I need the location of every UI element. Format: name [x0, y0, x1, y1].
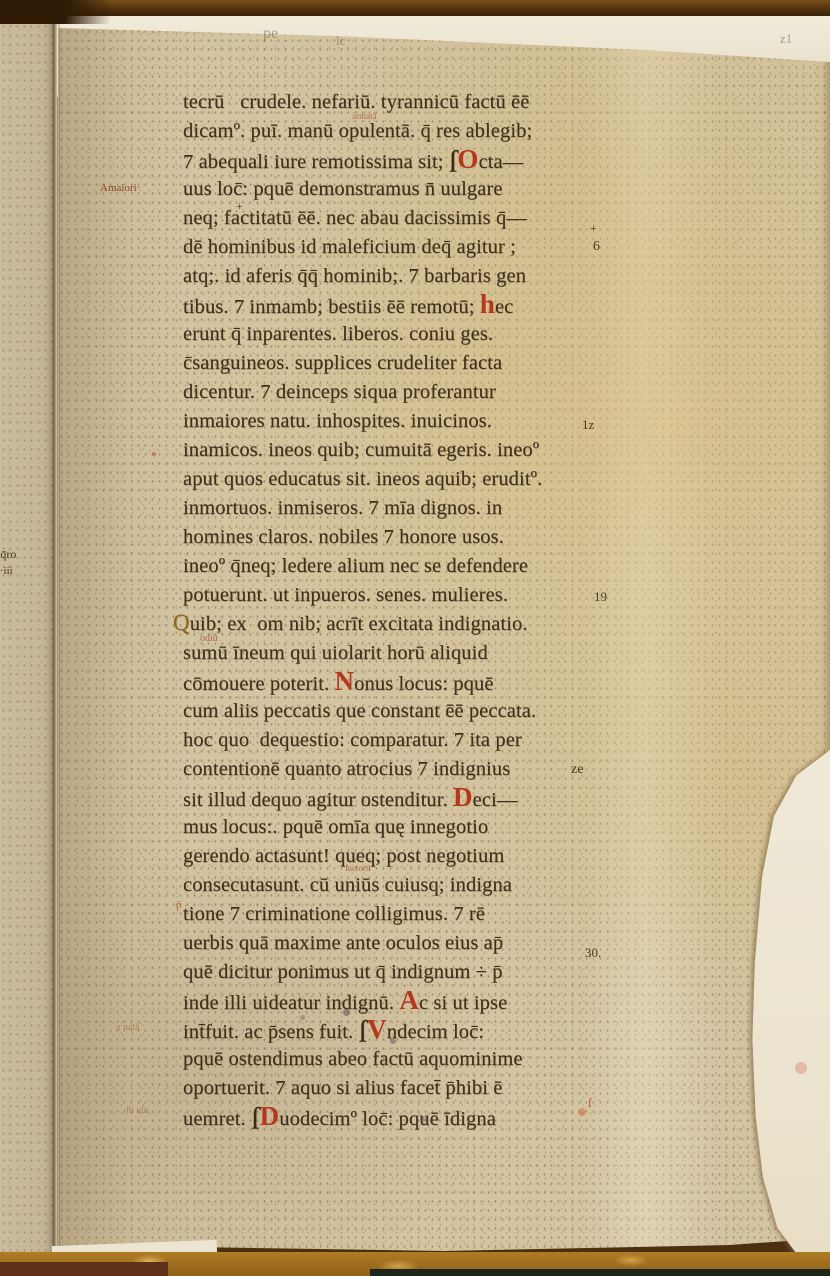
text-line: tione 7 criminatione colligimus. 7 rē	[183, 900, 623, 929]
text-segment: inmaiores natu. inhospites. inuicinos.	[183, 410, 492, 432]
text-line: uus loc̄: pquē demonstramus n̄ uulgare	[183, 175, 623, 204]
manuscript-photo: tecrū crudele. nefariū. tyrannicū factū …	[0, 0, 830, 1276]
text-segment: dicamº. puī. manū opulentā. q̄ res ableg…	[183, 120, 532, 142]
text-line: gerendo actasunt! queq; post negotium	[183, 842, 623, 871]
text-line: aput quos educatus sit. ineos aquib; eru…	[183, 465, 623, 494]
text-line: mus locus:. pquē omīa quę innegotio	[183, 813, 623, 842]
rubricated-initial: V	[367, 1014, 387, 1044]
text-segment: homines claros. nobiles 7 honore usos.	[183, 526, 504, 548]
text-segment: uib; ex om nib; acrīt excitata indignati…	[190, 613, 528, 635]
text-line: oportuerit. 7 aquo si alius facet̄ p̄hib…	[183, 1074, 623, 1103]
text-segment: erunt q̄ inparentes. liberos. coniu ges.	[183, 323, 493, 345]
binding-top	[0, 0, 830, 16]
text-segment: contentionē quanto atrocius 7 indignius	[183, 758, 510, 780]
text-block: tecrū crudele. nefariū. tyrannicū factū …	[183, 88, 623, 1132]
text-segment: mus locus:. pquē omīa quę innegotio	[183, 816, 488, 838]
rubricated-initial: D	[453, 782, 473, 812]
text-segment: onus locus: pquē	[354, 673, 493, 695]
text-line: cōmouere poterit. Nonus locus: pquē	[183, 668, 623, 697]
text-segment: ec	[495, 296, 513, 318]
text-line: Quib; ex om nib; acrīt excitata indignat…	[173, 610, 623, 639]
text-line: uerbis quā maxime ante oculos eius ap̄	[183, 929, 623, 958]
text-segment: tibus. 7 inmamb; bestiis ēē remotū;	[183, 296, 480, 318]
text-segment: eci—	[473, 789, 518, 811]
binding-bottom-left	[0, 1262, 168, 1276]
text-segment: neq; factitatū ēē. nec abau dacissimis q…	[183, 207, 527, 229]
text-line: sumū īneum qui uiolarit horū aliquid	[183, 639, 623, 668]
text-segment: aput quos educatus sit. ineos aquib; eru…	[183, 468, 542, 490]
text-segment: dē hominibus id maleficium deq̄ agitur ;	[183, 236, 516, 258]
text-line: tecrū crudele. nefariū. tyrannicū factū …	[183, 88, 623, 117]
text-segment: cum aliis peccatis que constant ēē pecca…	[183, 700, 536, 722]
text-line: dicentur. 7 deinceps siqua proferantur	[183, 378, 623, 407]
text-segment: ſ	[251, 1102, 260, 1136]
text-segment: tione 7 criminatione colligimus. 7 rē	[183, 903, 485, 925]
text-line: quē dicitur ponimus ut q̄ indignum ÷ p̄	[183, 958, 623, 987]
text-line: sit illud dequo agitur ostenditur. Deci—	[183, 784, 623, 813]
text-segment: consecutasunt. cū uniūs cuiusq; indigna	[183, 874, 512, 896]
text-segment: uodecimº loc̄: pquē īdigna	[279, 1108, 496, 1130]
text-line: inde illi uideatur indignū. Ac si ut ips…	[183, 987, 623, 1016]
text-line: erunt q̄ inparentes. liberos. coniu ges.	[183, 320, 623, 349]
text-segment: dicentur. 7 deinceps siqua proferantur	[183, 381, 496, 403]
text-line: 7 abequali iure remotissima sit; ſOcta—	[183, 146, 623, 175]
text-line: dē hominibus id maleficium deq̄ agitur ;	[183, 233, 623, 262]
text-line: inamicos. ineos quib; cumuitā egeris. in…	[183, 436, 623, 465]
text-line: consecutasunt. cū uniūs cuiusq; indigna	[183, 871, 623, 900]
text-segment: ndecim loc̄:	[387, 1021, 484, 1043]
rubricated-initial: D	[260, 1101, 280, 1131]
text-segment: uus loc̄: pquē demonstramus n̄ uulgare	[183, 178, 503, 200]
text-segment: 7 abequali iure remotissima sit;	[183, 151, 449, 173]
text-segment: cta—	[479, 151, 524, 173]
text-segment: sit illud dequo agitur ostenditur.	[183, 789, 453, 811]
text-segment: uerbis quā maxime ante oculos eius ap̄	[183, 932, 503, 954]
text-segment: c si ut ipse	[419, 992, 507, 1014]
text-line: potuerunt. ut inpueros. senes. mulieres.	[183, 581, 623, 610]
text-line: atq;. id aferis q̄q̄ hominib;. 7 barbari…	[183, 262, 623, 291]
text-segment: ineoº q̄neq; ledere alium nec se defende…	[183, 555, 528, 577]
gutter-crease	[53, 13, 60, 1263]
rubricated-initial: A	[399, 985, 419, 1015]
text-segment: ſ	[358, 1015, 367, 1049]
text-line: contentionē quanto atrocius 7 indignius	[183, 755, 623, 784]
text-segment: inde illi uideatur indignū.	[183, 992, 399, 1014]
text-line: neq; factitatū ēē. nec abau dacissimis q…	[183, 204, 623, 233]
rubricated-initial: N	[335, 666, 355, 696]
text-segment: uemret.	[183, 1108, 251, 1130]
text-line: dicamº. puī. manū opulentā. q̄ res ableg…	[183, 117, 623, 146]
text-line: tibus. 7 inmamb; bestiis ēē remotū; hec	[183, 291, 623, 320]
binding-bottom-dark	[370, 1269, 830, 1276]
text-segment: sumū īneum qui uiolarit horū aliquid	[183, 642, 488, 664]
text-line: pquē ostendimus abeo factū aquominime	[183, 1045, 623, 1074]
text-line: ineoº q̄neq; ledere alium nec se defende…	[183, 552, 623, 581]
rubricated-initial: O	[457, 144, 478, 174]
text-segment: hoc quo dequestio: comparatur. 7 ita per	[183, 729, 522, 751]
rubricated-initial: h	[480, 289, 495, 319]
text-segment: potuerunt. ut inpueros. senes. mulieres.	[183, 584, 508, 606]
text-line: int̄fuit. ac p̄sens fuit. ſVndecim loc̄:	[183, 1016, 623, 1045]
torn-edge-area	[750, 750, 830, 1258]
text-segment: inamicos. ineos quib; cumuitā egeris. in…	[183, 439, 539, 461]
text-line: hoc quo dequestio: comparatur. 7 ita per	[183, 726, 623, 755]
text-segment: atq;. id aferis q̄q̄ hominib;. 7 barbari…	[183, 265, 526, 287]
text-segment: gerendo actasunt! queq; post negotium	[183, 845, 504, 867]
text-line: cum aliis peccatis que constant ēē pecca…	[183, 697, 623, 726]
text-line: homines claros. nobiles 7 honore usos.	[183, 523, 623, 552]
text-segment: pquē ostendimus abeo factū aquominime	[183, 1048, 523, 1070]
text-segment: Q	[173, 610, 190, 635]
text-segment: c̄sanguineos. supplices crudeliter facta	[183, 352, 502, 374]
text-line: inmaiores natu. inhospites. inuicinos.	[183, 407, 623, 436]
text-segment: tecrū crudele. nefariū. tyrannicū factū …	[183, 91, 529, 113]
text-segment: int̄fuit. ac p̄sens fuit.	[183, 1021, 358, 1043]
previous-leaf-edge	[0, 13, 57, 1263]
text-segment: inmortuos. inmiseros. 7 mīa dignos. in	[183, 497, 502, 519]
text-line: c̄sanguineos. supplices crudeliter facta	[183, 349, 623, 378]
text-segment: cōmouere poterit.	[183, 673, 335, 695]
text-line: uemret. ſDuodecimº loc̄: pquē īdigna	[183, 1103, 623, 1132]
text-segment: quē dicitur ponimus ut q̄ indignum ÷ p̄	[183, 961, 503, 983]
text-line: inmortuos. inmiseros. 7 mīa dignos. in	[183, 494, 623, 523]
torn-edge-underleaf	[750, 750, 830, 1258]
text-segment: oportuerit. 7 aquo si alius facet̄ p̄hib…	[183, 1077, 503, 1099]
